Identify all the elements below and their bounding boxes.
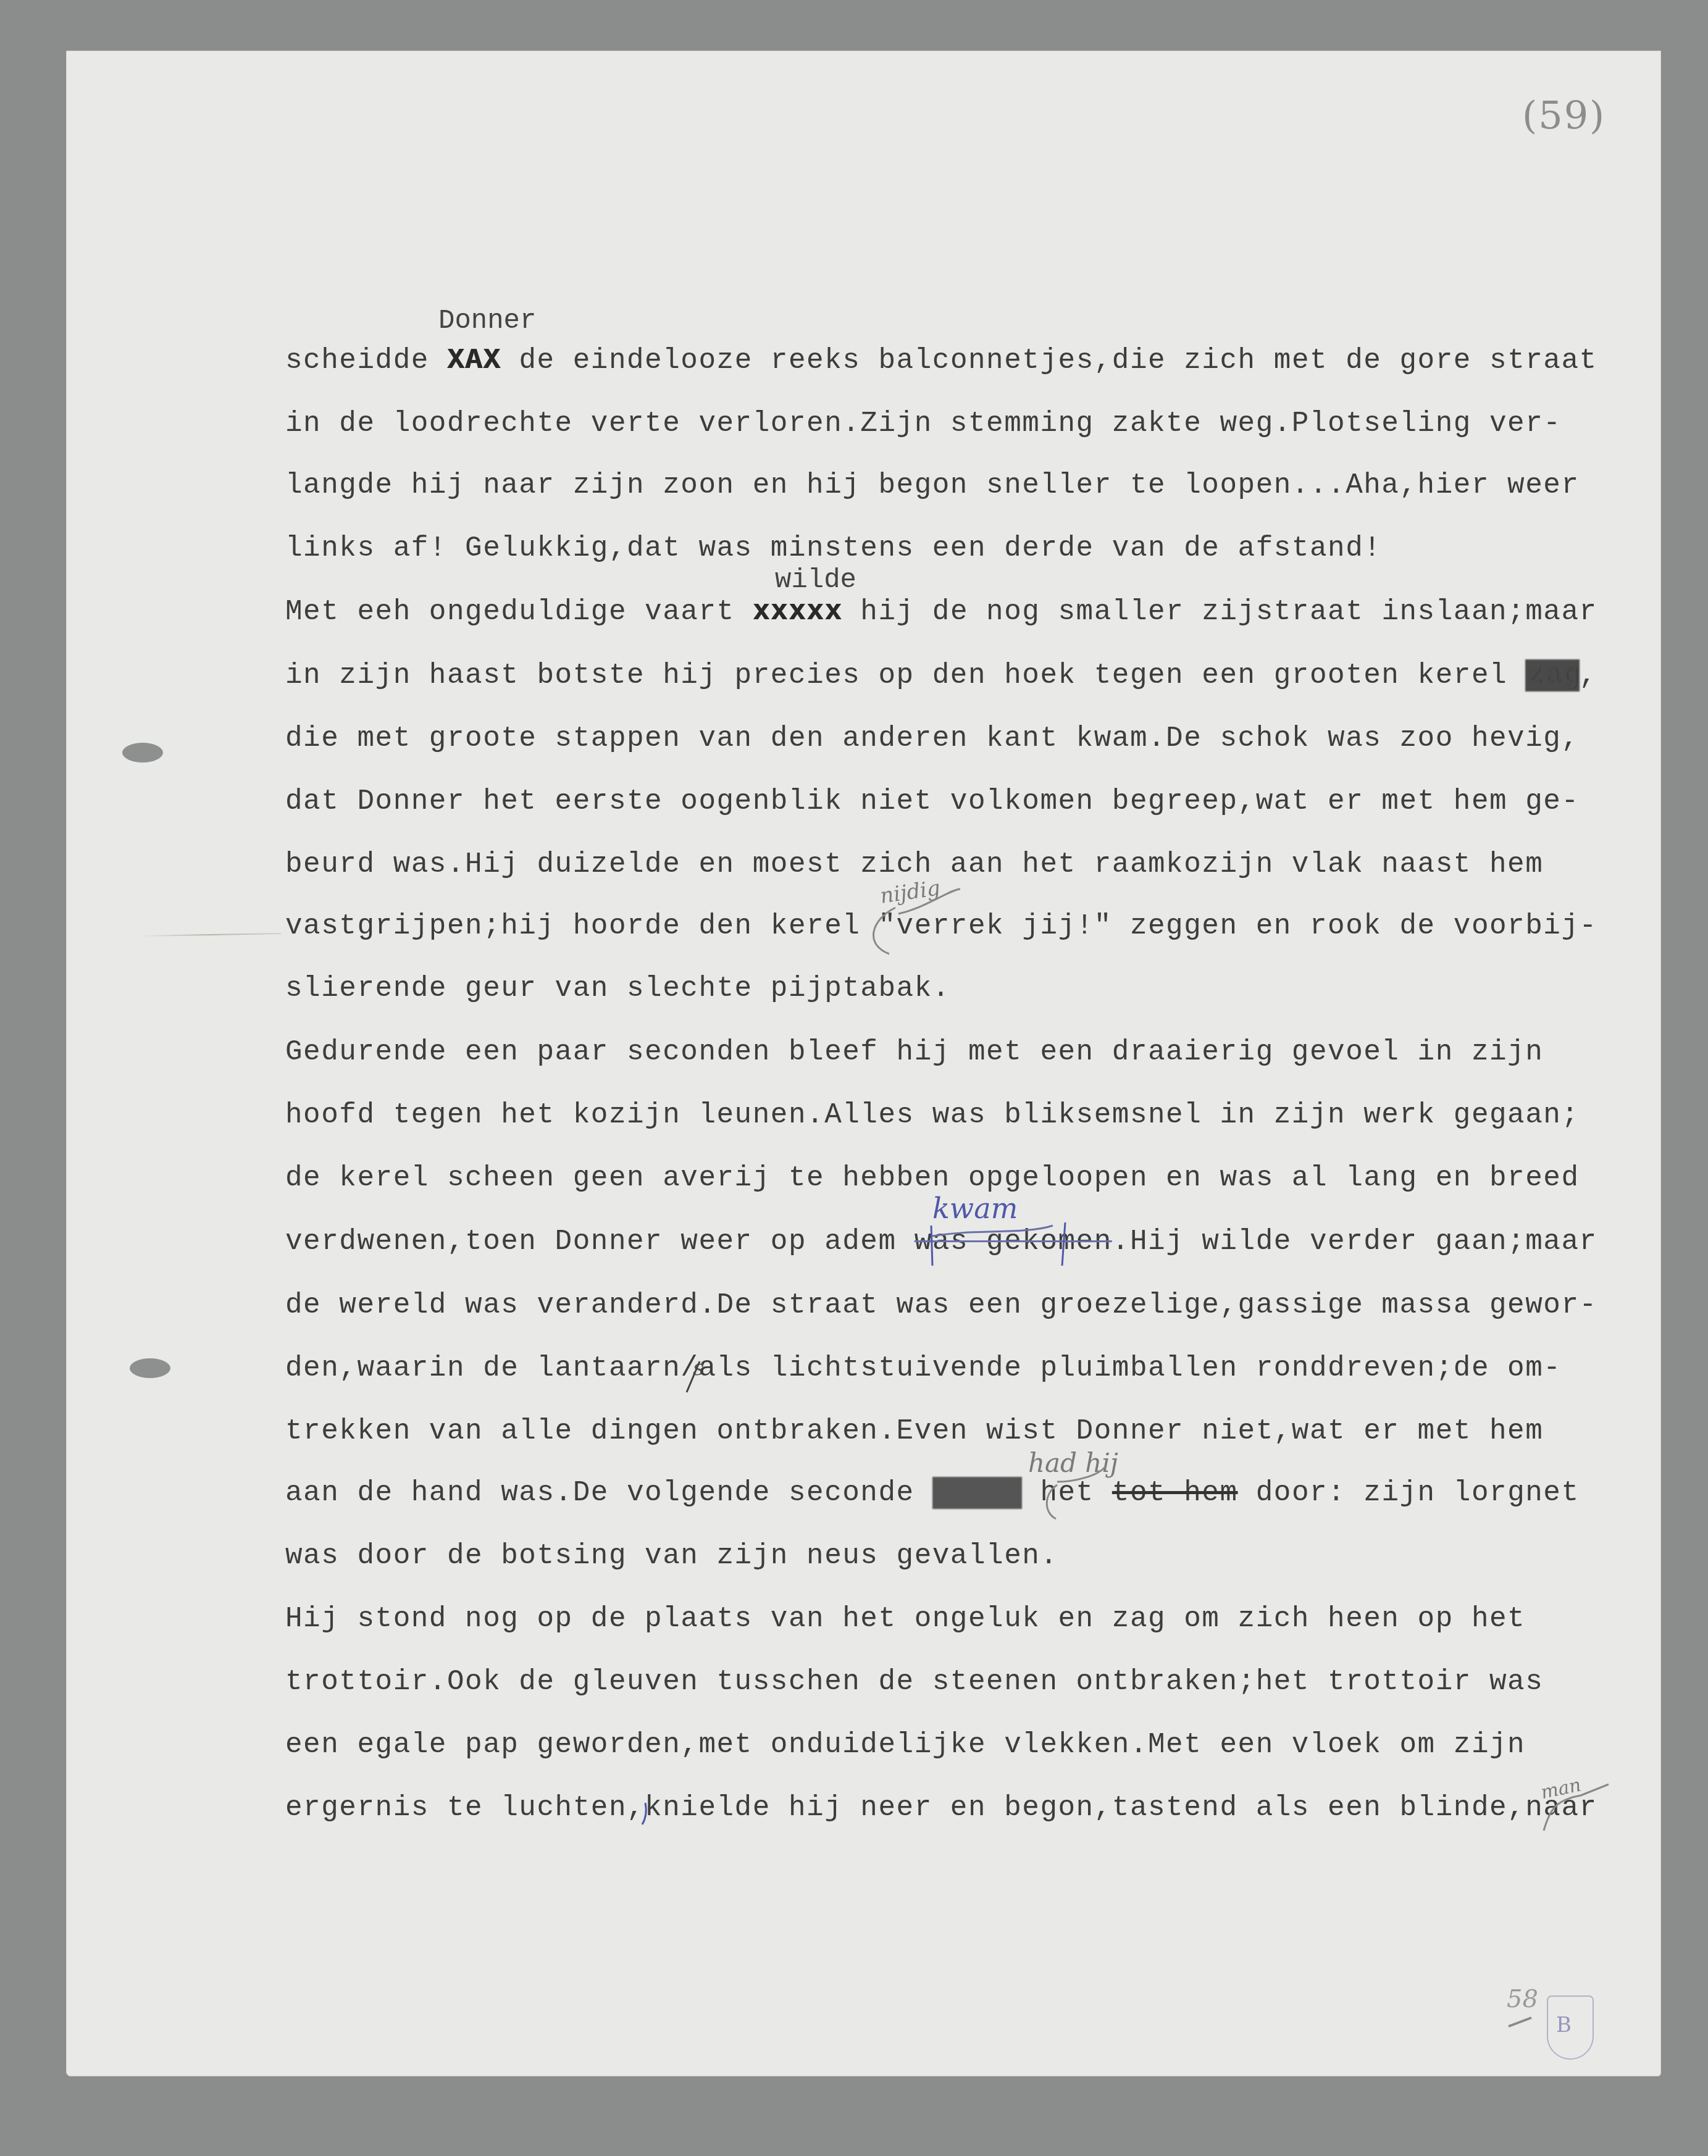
text-line-4: links af! Gelukkig,dat was minstens een … <box>285 532 1381 564</box>
struck-phrase: tot hem <box>1112 1477 1238 1509</box>
text-line-9: beurd was.Hij duizelde en moest zich aan… <box>285 848 1543 880</box>
text-line-15: verdwenen,toen Donner weer op adem was g… <box>285 1226 1597 1258</box>
handwritten-page-number: (59) <box>1522 93 1605 138</box>
text-line-1: scheidde XAX de eindelooze reeks balconn… <box>285 345 1597 377</box>
text-line-13: hoofd tegen het kozijn leunen.Alles was … <box>285 1099 1580 1131</box>
struck-word: drong <box>932 1477 1023 1509</box>
handwritten-note-had-hij: had hij <box>1028 1448 1118 1478</box>
text-line-24: ergernis te luchten,knielde hij neer en … <box>285 1792 1597 1824</box>
text-line-10: vastgrijpen;hij hoorde den kerel "verrek… <box>285 910 1597 942</box>
text-line-2: in de loodrechte verte verloren.Zijn ste… <box>285 407 1561 440</box>
text-line-5: Met eeh ongeduldige vaart xxxxx hij de n… <box>285 596 1597 628</box>
handwritten-note-kwam: kwam <box>932 1192 1018 1225</box>
text-line-19: aan de hand was.De volgende seconde dron… <box>285 1477 1580 1509</box>
punch-hole-top <box>122 743 163 763</box>
typed-insertion-wilde: wilde <box>775 565 856 596</box>
text-line-20: was door de botsing van zijn neus gevall… <box>285 1540 1058 1572</box>
text-line-21: Hij stond nog op de plaats van het ongel… <box>285 1603 1525 1635</box>
text-line-22: trottoir.Ook de gleuven tusschen de stee… <box>285 1666 1543 1698</box>
text-line-12: Gedurende een paar seconden bleef hij me… <box>285 1036 1543 1068</box>
text-line-14: de kerel scheen geen averij te hebben op… <box>285 1162 1580 1194</box>
punch-hole-bottom <box>130 1358 170 1378</box>
struck-phrase: was gekomen <box>915 1226 1112 1258</box>
text-line-11: slierende geur van slechte pijptabak. <box>285 972 950 1005</box>
text-line-6: in zijn haast botste hij precies op den … <box>285 659 1597 692</box>
text-line-17: den,waarin de lantaarn/als lichtstuivend… <box>285 1352 1561 1384</box>
text-line-18: trekken van alle dingen ontbraken.Even w… <box>285 1415 1543 1447</box>
text-line-7: die met groote stappen van den anderen k… <box>285 722 1580 754</box>
text-line-23: een egale pap geworden,met onduidelijke … <box>285 1729 1525 1761</box>
archive-number: 58 <box>1507 1985 1538 2013</box>
archive-stamp-mark: B <box>1556 2013 1572 2037</box>
struck-word: xxxxx <box>753 596 843 628</box>
struck-word: zag <box>1525 659 1579 692</box>
struck-word: XAX <box>447 345 501 377</box>
text-line-16: de wereld was veranderd.De straat was ee… <box>285 1289 1597 1321</box>
text-line-3: langde hij naar zijn zoon en hij begon s… <box>285 469 1580 501</box>
typed-insertion-donner: Donner <box>438 306 536 336</box>
text-line-8: dat Donner het eerste oogenblik niet vol… <box>285 785 1580 817</box>
